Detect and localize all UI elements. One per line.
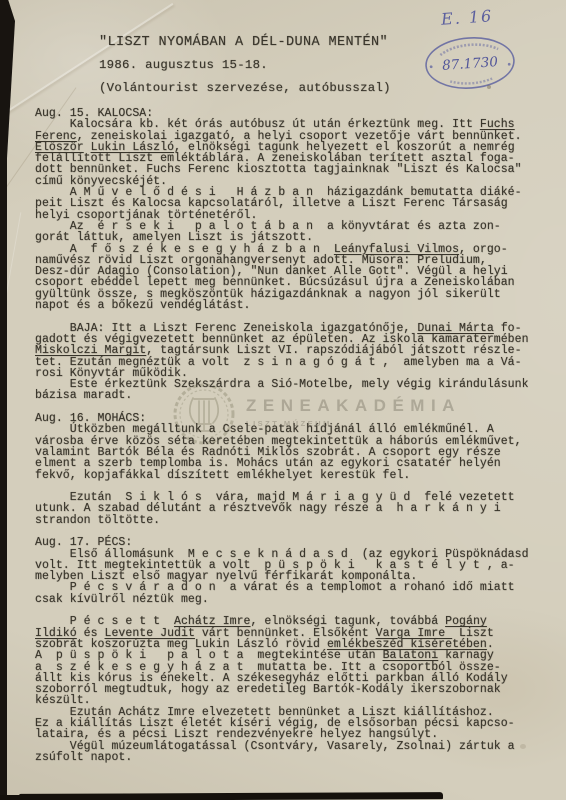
document-header: "LISZT NYOMÁBAN A DÉL-DUNA MENTÉN" 1986.…: [99, 31, 391, 99]
scanned-document-page: "LISZT NYOMÁBAN A DÉL-DUNA MENTÉN" 1986.…: [0, 0, 566, 800]
paper-speck: [520, 744, 526, 749]
paper-speck: [487, 85, 491, 89]
scan-edge-bottom: [19, 792, 443, 800]
text-line: csak kívülről néztük meg.: [35, 594, 555, 605]
document-date: 1986. augusztus 15-18.: [99, 54, 391, 77]
text-line: strandon töltötte.: [35, 515, 555, 526]
document-title: "LISZT NYOMÁBAN A DÉL-DUNA MENTÉN": [99, 31, 391, 54]
document-body: Aug. 15. KALOCSA: Kalocsára kb. két órás…: [35, 108, 555, 763]
text-line: fekvő, kopjafákkal díszített emlékhelyet…: [35, 470, 555, 481]
scan-edge-bottom-left: [0, 795, 20, 800]
text-line: bázisa maradt.: [35, 390, 555, 401]
text-line: zsúfolt napot.: [35, 752, 555, 763]
scan-edge-left: [0, 0, 7, 800]
handwritten-inventory-code: E. 16: [440, 6, 493, 29]
stamp-number: 87.1730: [442, 54, 499, 74]
text-line: napot és a bőkezű vendéglátást.: [35, 300, 555, 311]
stamp-oval-icon: 87.1730: [417, 29, 523, 98]
document-organizer: (Volántourist szervezése, autóbusszal): [99, 77, 391, 100]
text-line: szoborról megtudtuk, hogy az eredetileg …: [35, 684, 555, 695]
library-stamp: 87.1730: [417, 29, 523, 98]
